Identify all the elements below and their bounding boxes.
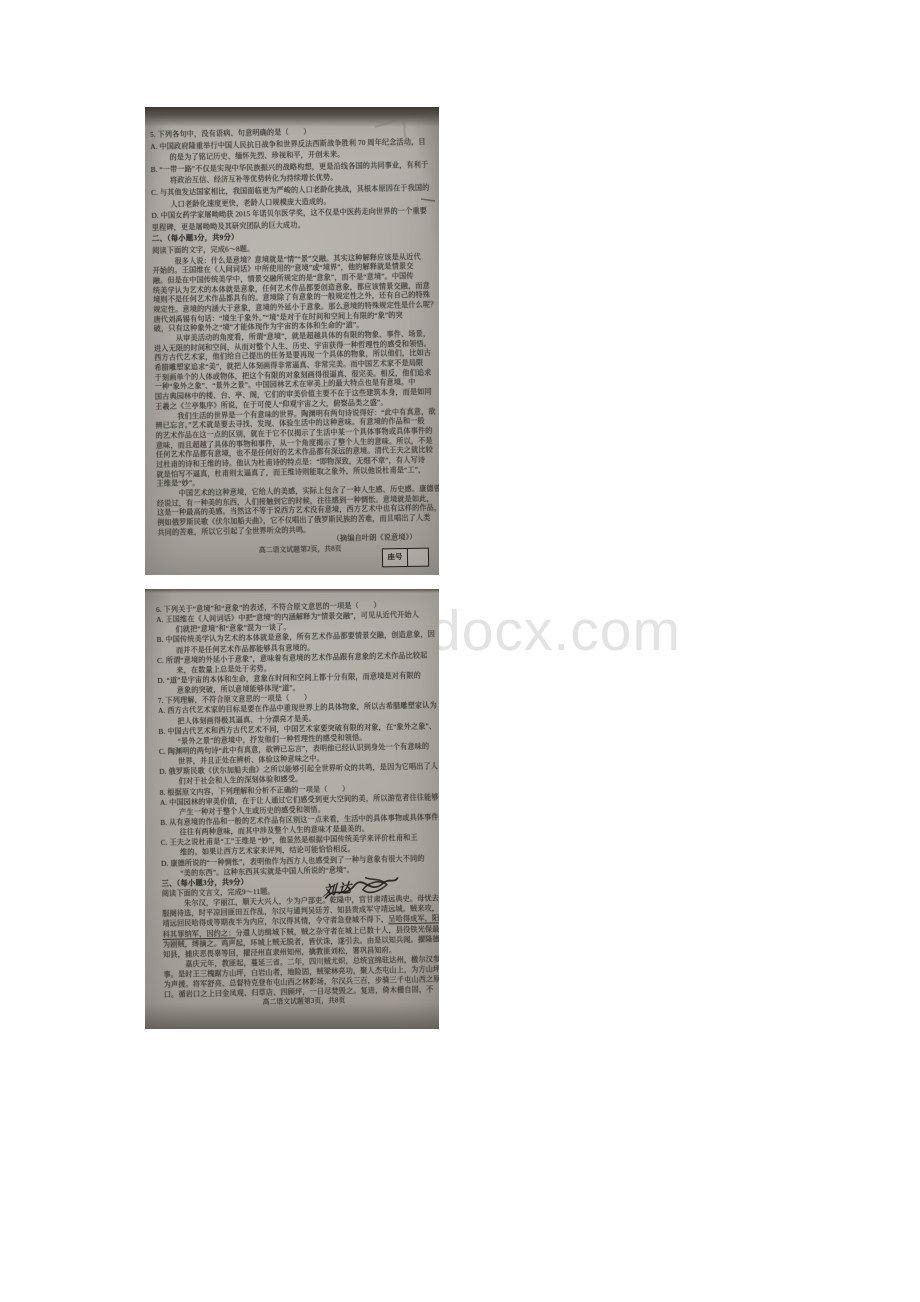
underlined-text-segment: 科其罪纳军，因约之： [163,929,236,938]
seat-number-cell [408,549,428,566]
photo-edge-line-top [145,589,439,593]
seat-number-box: 座号 [382,548,429,568]
scanned-exam-page-3-image: 6. 下列关于“意境”和“意象”的表述，不符合原文意思的一项是（ ）A. 王国维… [145,589,439,1029]
underlined-text-segment: 呈哈得成军，阳 [388,915,439,924]
exam-page-2-text: 5. 下列各句中，没有语病、句意明确的是（ ）A. 中国政府隆重举行中国人民抗日… [150,125,439,558]
seat-number-label: 座号 [383,549,408,566]
scanned-exam-page-2-image: 5. 下列各句中，没有语病、句意明确的是（ ）A. 中国政府隆重举行中国人民抗日… [145,107,439,575]
exam-page-3-text: 6. 下列关于“意境”和“意象”的表述，不符合原文意思的一项是（ ）A. 王国维… [156,599,439,1010]
site-watermark: docx.com [429,601,681,661]
handwritten-signature-text: 刘达 [323,877,353,900]
document-preview-canvas: { "watermark": { "text": "docx.com", "co… [0,0,920,1302]
